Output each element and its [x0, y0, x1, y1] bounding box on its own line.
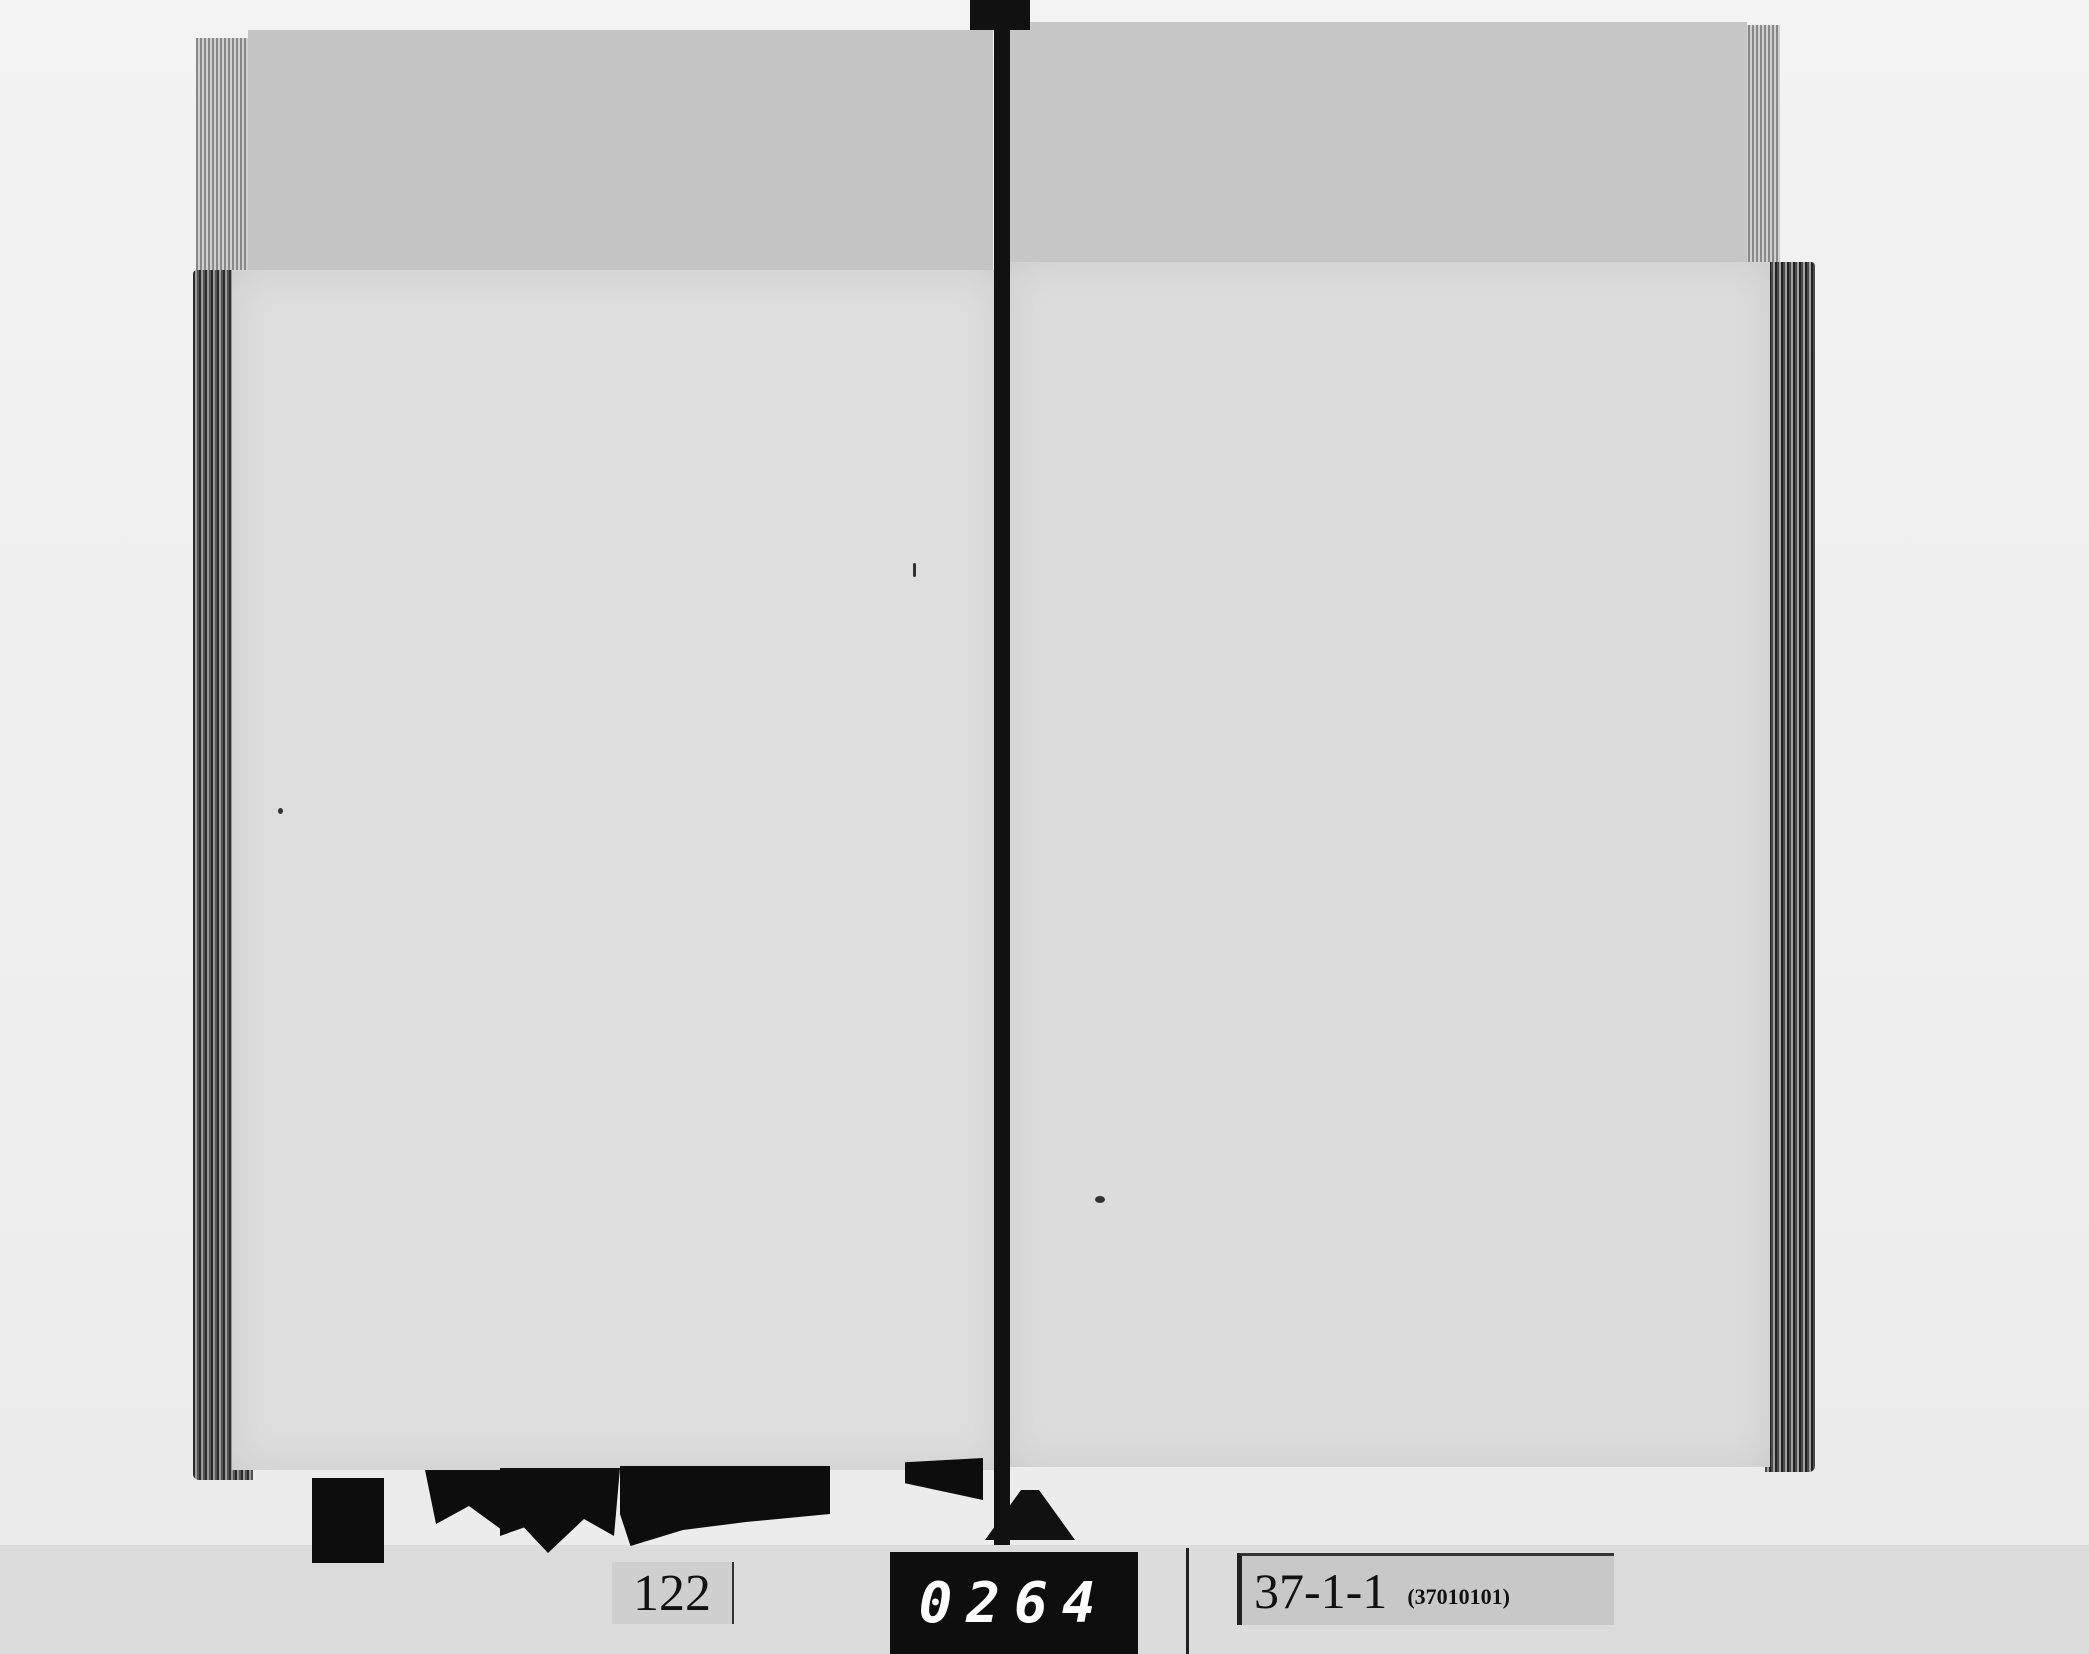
reference-id: 37-1-1	[1254, 1562, 1387, 1620]
torn-tab	[312, 1478, 384, 1563]
folded-flap-left	[248, 30, 993, 280]
reference-label: 37-1-1 (37010101)	[1237, 1553, 1614, 1625]
right-page	[1008, 262, 1770, 1467]
reference-code: (37010101)	[1407, 1584, 1510, 1610]
page-number-label: 122	[612, 1562, 734, 1624]
page-number: 122	[633, 1564, 711, 1623]
frame-number: 0264	[919, 1571, 1110, 1636]
page-edges-top-left	[196, 38, 256, 278]
folded-flap-right	[1005, 22, 1747, 265]
frame-number-label: 0264	[890, 1552, 1138, 1654]
left-page	[232, 270, 1000, 1470]
label-divider	[1186, 1548, 1189, 1654]
page-edges-right	[1765, 262, 1815, 1472]
speck	[278, 808, 283, 814]
book-spine	[994, 0, 1010, 1545]
speck	[913, 563, 916, 577]
speck	[1095, 1196, 1105, 1203]
